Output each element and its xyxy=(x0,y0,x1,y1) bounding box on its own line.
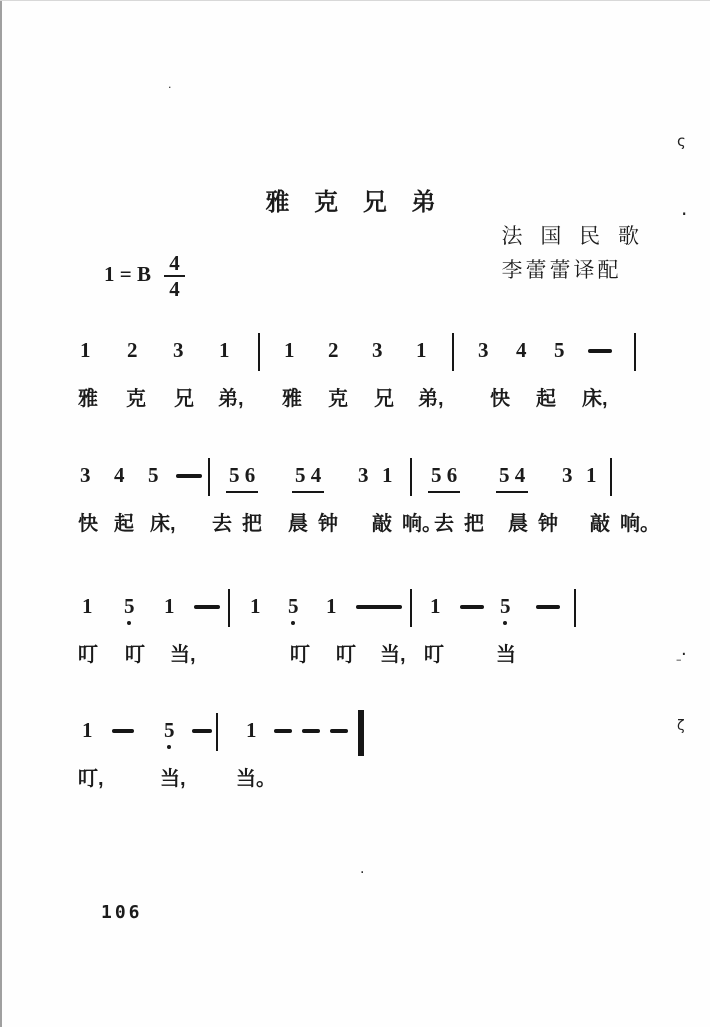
note: 5 xyxy=(124,594,135,619)
barline xyxy=(574,589,576,627)
lyric-syllable: 敲 xyxy=(590,507,610,536)
sustain-dash xyxy=(274,729,292,733)
lyric-syllable: 当, xyxy=(160,762,186,791)
lyric-row: 叮,当,当。 xyxy=(0,762,710,790)
attribution-block: 法 国 民 歌 李蕾蕾译配 xyxy=(501,220,642,288)
ink-speck: · xyxy=(168,82,172,93)
sustain-dash xyxy=(460,605,484,609)
ink-speck: ς xyxy=(677,134,686,149)
note: 2 xyxy=(328,338,339,363)
note: 1 xyxy=(82,718,93,743)
page-number: 106 xyxy=(101,902,143,923)
note: 2 xyxy=(127,338,138,363)
eighth-note-pair: 5 6 xyxy=(226,463,258,493)
barline xyxy=(216,713,218,751)
lyric-syllable: 钟 xyxy=(538,507,558,536)
lyric-syllable: 床, xyxy=(150,507,176,536)
sustain-dash xyxy=(194,605,220,609)
note: 3 xyxy=(358,463,369,488)
note: 1 xyxy=(82,594,93,619)
note: 1 xyxy=(382,463,393,488)
ink-speck: · xyxy=(681,204,687,224)
note: 1 xyxy=(80,338,91,363)
note: 1 xyxy=(246,718,257,743)
lyric-syllable: 叮, xyxy=(78,762,104,791)
lyric-syllable: 去 xyxy=(212,507,232,536)
lyric-syllable: 床, xyxy=(582,382,608,411)
note: 1 xyxy=(284,338,295,363)
page-top-edge-line xyxy=(0,0,710,1)
eighth-note-pair: 5 4 xyxy=(496,463,528,493)
sustain-dash xyxy=(356,605,402,609)
note: 4 xyxy=(114,463,125,488)
sustain-dash xyxy=(176,474,202,478)
note: 1 xyxy=(326,594,337,619)
lyric-syllable: 叮 xyxy=(125,638,145,667)
low-octave-dot xyxy=(503,621,507,625)
lyric-syllable: 去 xyxy=(434,507,454,536)
note: 5 xyxy=(148,463,159,488)
lyric-syllable: 叮 xyxy=(424,638,444,667)
note-row: 15115115 xyxy=(0,594,710,624)
lyric-syllable: 叮 xyxy=(290,638,310,667)
note: 3 xyxy=(562,463,573,488)
sustain-dash xyxy=(112,729,134,733)
note: 5 xyxy=(164,718,175,743)
note-row: 3455 65 4315 65 431 xyxy=(0,463,710,493)
lyric-syllable: 当, xyxy=(170,638,196,667)
sustain-dash xyxy=(536,605,560,609)
lyric-syllable: 叮 xyxy=(336,638,356,667)
lyric-syllable: 把 xyxy=(464,507,484,536)
note: 5 xyxy=(500,594,511,619)
song-translator: 李蕾蕾译配 xyxy=(501,254,642,288)
lyric-syllable: 雅 xyxy=(78,382,98,411)
key-signature: 1 = B 4 4 xyxy=(104,252,185,300)
final-barline xyxy=(358,710,364,756)
note: 1 xyxy=(416,338,427,363)
song-title: 雅 克 兄 弟 xyxy=(0,182,710,217)
barline xyxy=(410,458,412,496)
note: 1 xyxy=(430,594,441,619)
lyric-syllable: 当。 xyxy=(236,762,276,791)
ink-speck: – xyxy=(676,654,682,665)
ink-speck: ζ xyxy=(677,719,685,733)
barline xyxy=(228,589,230,627)
lyric-syllable: 起 xyxy=(114,507,134,536)
barline xyxy=(410,589,412,627)
sustain-dash xyxy=(330,729,348,733)
lyric-syllable: 弟, xyxy=(218,382,244,411)
lyric-syllable: 兄 xyxy=(174,382,194,411)
lyric-syllable: 起 xyxy=(536,382,556,411)
lyric-row: 快起床,去把晨钟敲响。去把晨钟敲响。 xyxy=(0,507,710,535)
note: 5 xyxy=(288,594,299,619)
lyric-syllable: 克 xyxy=(126,382,146,411)
barline xyxy=(610,458,612,496)
sustain-dash xyxy=(302,729,320,733)
lyric-row: 雅克兄弟,雅克兄弟,快起床, xyxy=(0,382,710,410)
key-tonic: B xyxy=(137,262,151,286)
ink-speck: · xyxy=(360,866,364,880)
barline xyxy=(634,333,636,371)
lyric-syllable: 当 xyxy=(496,638,516,667)
sustain-dash xyxy=(588,349,612,353)
low-octave-dot xyxy=(127,621,131,625)
note: 1 xyxy=(586,463,597,488)
song-origin: 法 国 民 歌 xyxy=(501,220,642,254)
low-octave-dot xyxy=(291,621,295,625)
lyric-syllable: 当, xyxy=(380,638,406,667)
lyric-syllable: 快 xyxy=(490,382,510,411)
time-signature-upper: 4 xyxy=(164,252,185,277)
lyric-row: 叮叮当,叮叮当,叮当 xyxy=(0,638,710,666)
eighth-note-pair: 5 6 xyxy=(428,463,460,493)
lyric-syllable: 晨 xyxy=(288,507,308,536)
key-equals: = xyxy=(120,262,132,286)
time-signature-lower: 4 xyxy=(164,277,185,300)
note-row: 151 xyxy=(0,718,710,748)
note: 4 xyxy=(516,338,527,363)
lyric-syllable: 叮 xyxy=(78,638,98,667)
time-signature: 4 4 xyxy=(164,252,185,300)
lyric-syllable: 快 xyxy=(78,507,98,536)
lyric-syllable: 敲 xyxy=(372,507,392,536)
lyric-syllable: 雅 xyxy=(282,382,302,411)
lyric-syllable: 克 xyxy=(328,382,348,411)
lyric-syllable: 弟, xyxy=(418,382,444,411)
barline xyxy=(208,458,210,496)
note-row: 12311231345 xyxy=(0,338,710,368)
note: 3 xyxy=(372,338,383,363)
note: 1 xyxy=(164,594,175,619)
key-solfege: 1 xyxy=(104,262,115,286)
note: 3 xyxy=(80,463,91,488)
lyric-syllable: 晨 xyxy=(508,507,528,536)
ink-speck: · xyxy=(681,646,687,664)
eighth-note-pair: 5 4 xyxy=(292,463,324,493)
songbook-page: 雅 克 兄 弟 法 国 民 歌 李蕾蕾译配 1 = B 4 4 12311231… xyxy=(0,0,710,1027)
lyric-syllable: 钟 xyxy=(318,507,338,536)
note: 1 xyxy=(250,594,261,619)
note: 3 xyxy=(173,338,184,363)
low-octave-dot xyxy=(167,745,171,749)
lyric-syllable: 把 xyxy=(242,507,262,536)
note: 3 xyxy=(478,338,489,363)
sustain-dash xyxy=(192,729,212,733)
barline xyxy=(452,333,454,371)
note: 1 xyxy=(219,338,230,363)
barline xyxy=(258,333,260,371)
lyric-syllable: 响。 xyxy=(620,507,660,536)
note: 5 xyxy=(554,338,565,363)
lyric-syllable: 兄 xyxy=(374,382,394,411)
